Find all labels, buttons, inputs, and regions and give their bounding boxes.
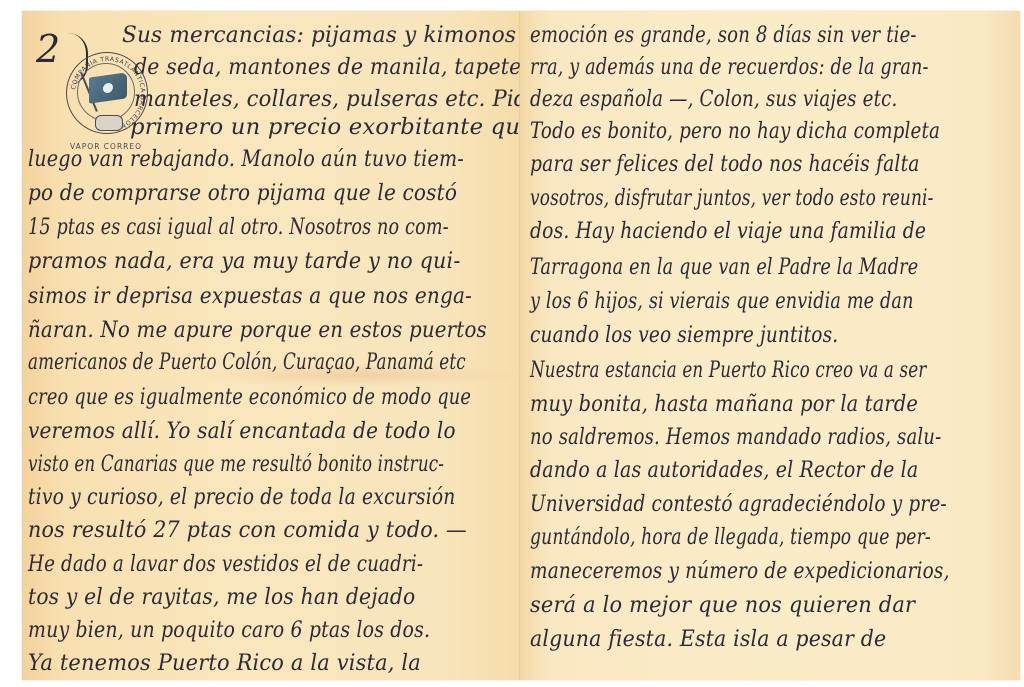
flag-star-icon bbox=[103, 82, 113, 93]
left-line: simos ir deprisa expuestas a que nos eng… bbox=[28, 284, 472, 309]
right-line: Universidad contestó agradeciéndolo y pr… bbox=[530, 492, 947, 517]
left-line: po de comprarse otro pijama que le costó bbox=[28, 181, 457, 206]
right-line: vosotros, disfrutar juntos, ver todo est… bbox=[530, 186, 933, 211]
emblem-buckle-icon bbox=[95, 115, 123, 131]
right-line: Todo es bonito, pero no hay dicha comple… bbox=[530, 119, 940, 144]
left-line: luego van rebajando. Manolo aún tuvo tie… bbox=[28, 147, 464, 172]
right-line: cuando los veo siempre juntitos. bbox=[530, 323, 838, 348]
left-line: primero un precio exorbitante que bbox=[130, 115, 534, 140]
left-line: muy bien, un poquito caro 6 ptas los dos… bbox=[28, 618, 430, 643]
flag-icon bbox=[89, 72, 127, 103]
right-line: y los 6 hijos, si vierais que envidia me… bbox=[530, 289, 914, 314]
left-line: pramos nada, era ya muy tarde y no qui- bbox=[28, 249, 461, 274]
left-line: de seda, mantones de manila, tapetes, bbox=[134, 55, 539, 80]
left-line: 15 ptas es casi igual al otro. Nosotros … bbox=[28, 215, 449, 240]
right-line: alguna fiesta. Esta isla a pesar de bbox=[530, 627, 886, 652]
letter-sheet: 2 COMPAÑIA TRASATLANTICA BARCELONA VAPOR… bbox=[22, 11, 1020, 680]
right-line: Nuestra estancia en Puerto Rico creo va … bbox=[530, 358, 926, 383]
right-line: Tarragona en la que van el Padre la Madr… bbox=[530, 255, 918, 280]
left-line: visto en Canarias que me resultó bonito … bbox=[28, 452, 444, 477]
left-line: Ya tenemos Puerto Rico a la vista, la bbox=[28, 651, 421, 676]
right-line: para ser felices del todo nos hacéis fal… bbox=[530, 152, 920, 177]
left-line: tivo y curioso, el precio de toda la exc… bbox=[28, 485, 455, 510]
page-number: 2 bbox=[36, 27, 60, 71]
right-line: guntándolo, hora de llegada, tiempo que … bbox=[530, 525, 931, 550]
right-line: deza española —, Colon, sus viajes etc. bbox=[530, 87, 898, 112]
left-line: creo que es igualmente económico de modo… bbox=[28, 385, 471, 410]
left-line: Sus mercancias: pijamas y kimonos bbox=[122, 23, 516, 48]
left-line: nos resultó 27 ptas con comida y todo. — bbox=[28, 518, 467, 543]
right-line: muy bonita, hasta mañana por la tarde bbox=[530, 392, 918, 417]
left-line: He dado a lavar dos vestidos el de cuadr… bbox=[28, 552, 423, 577]
right-line: emoción es grande, son 8 días sin ver ti… bbox=[530, 23, 917, 48]
left-line: tos y el de rayitas, me los han dejado bbox=[28, 585, 415, 610]
right-line: maneceremos y número de expedicionarios, bbox=[530, 559, 950, 584]
left-line: americanos de Puerto Colón, Curaçao, Pan… bbox=[28, 350, 466, 375]
right-line: no saldremos. Hemos mandado radios, salu… bbox=[530, 425, 941, 450]
right-line: dando a las autoridades, el Rector de la bbox=[530, 458, 918, 483]
left-line: veremos allí. Yo salí encantada de todo … bbox=[28, 419, 456, 444]
right-page: emoción es grande, son 8 días sin ver ti… bbox=[520, 11, 1020, 680]
right-line: será a lo mejor que nos quieren dar bbox=[530, 593, 915, 618]
right-line: rra, y además una de recuerdos: de la gr… bbox=[530, 55, 929, 80]
left-line: ñaran. No me apure porque en estos puert… bbox=[28, 318, 487, 343]
left-page: 2 COMPAÑIA TRASATLANTICA BARCELONA VAPOR… bbox=[22, 11, 520, 680]
right-line: dos. Hay haciendo el viaje una familia d… bbox=[530, 219, 926, 244]
left-line: manteles, collares, pulseras etc. Piden bbox=[134, 87, 554, 112]
